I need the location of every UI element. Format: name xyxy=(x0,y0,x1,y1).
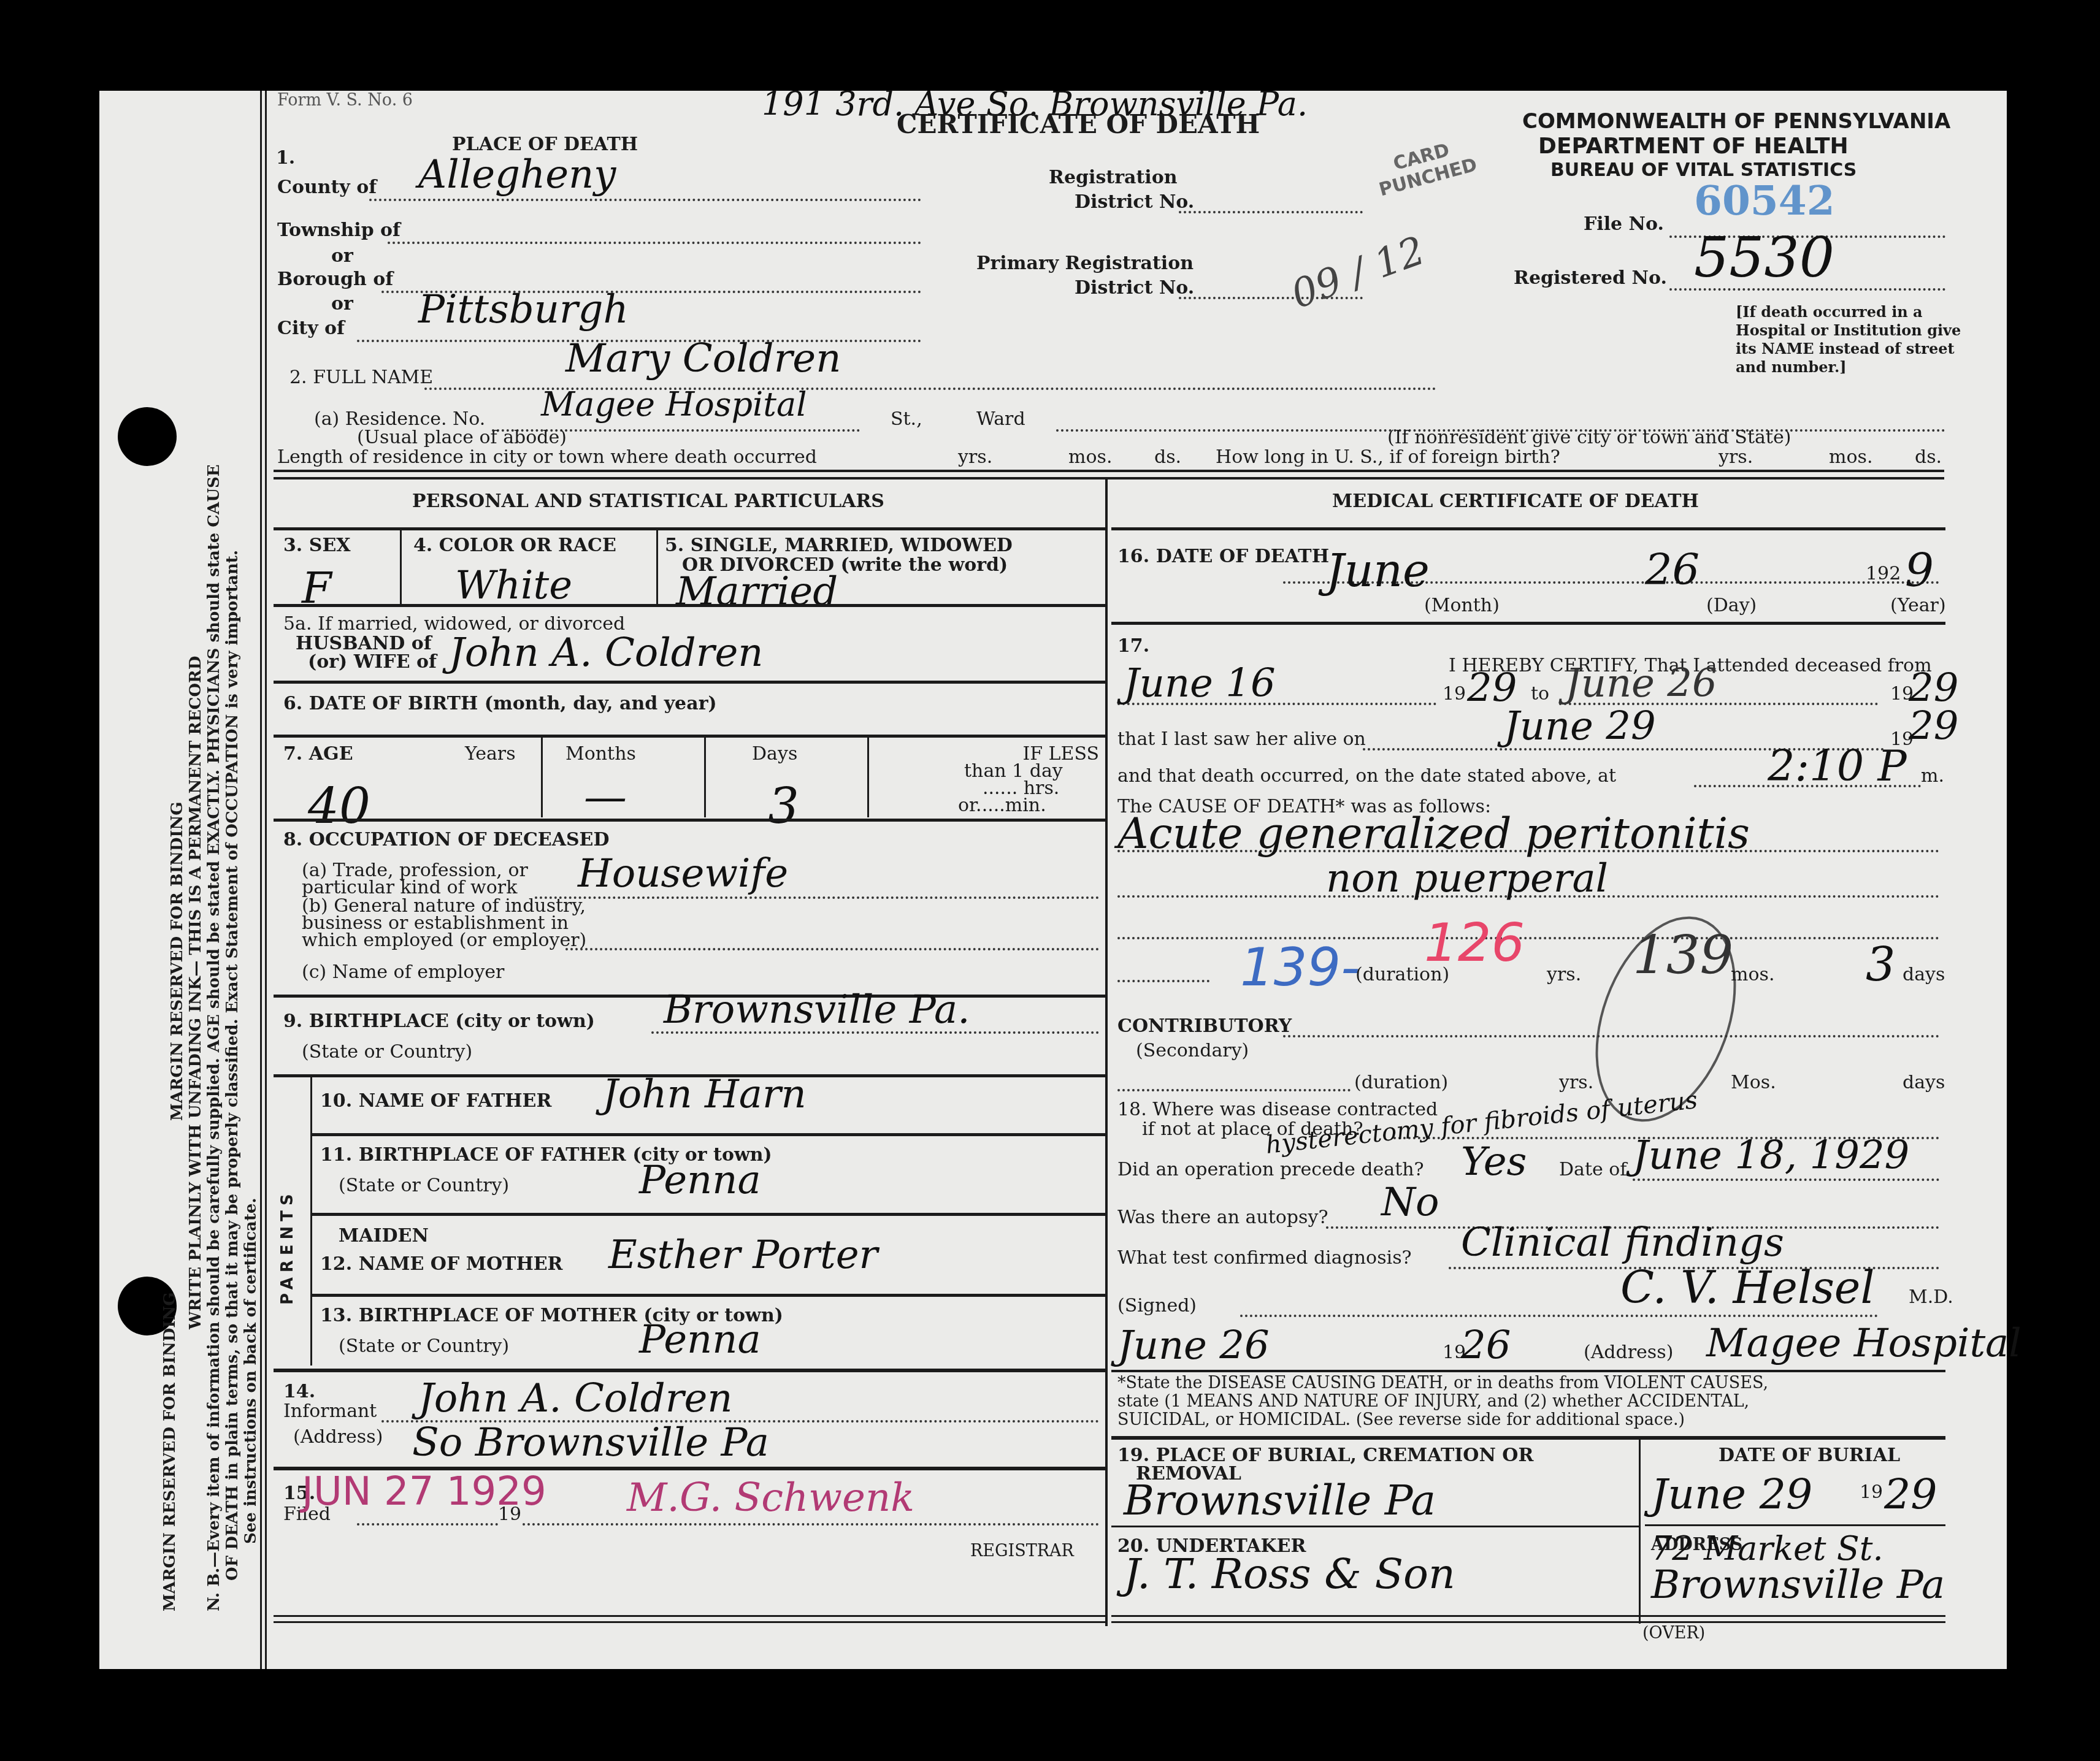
residence-mos-label: mos. xyxy=(1068,446,1112,468)
contributory-duration-field xyxy=(1117,1089,1351,1091)
rule-after-mother xyxy=(310,1294,1105,1297)
footnote-line-1: *State the DISEASE CAUSING DEATH, or in … xyxy=(1117,1373,1768,1392)
rule-bottom-right-2 xyxy=(1111,1621,1945,1623)
us-mos-label: mos. xyxy=(1829,446,1872,468)
burial-year-value: 29 xyxy=(1884,1470,1937,1519)
rule-bottom-right xyxy=(1111,1615,1945,1617)
section-divider-top xyxy=(274,470,1944,472)
age-years-label: Years xyxy=(465,743,516,765)
burial-year-prefix: 19 xyxy=(1860,1481,1883,1503)
rule-after-father xyxy=(310,1133,1105,1136)
duration-yrs-label: yrs. xyxy=(1547,964,1581,985)
duration-label: (duration) xyxy=(1355,964,1449,985)
mother-name-value: Esther Porter xyxy=(608,1232,878,1278)
rule-personal-top xyxy=(274,527,1105,530)
rule-medical-top xyxy=(1111,527,1945,530)
test-value: Clinical findings xyxy=(1461,1220,1784,1266)
physician-signature: C. V. Helsel xyxy=(1620,1262,1875,1313)
dob-label-text: 6. DATE OF BIRTH (month, day, and year) xyxy=(283,693,717,714)
rule-after-dod xyxy=(1111,622,1945,625)
rule-after-spouse xyxy=(274,681,1105,684)
operation-date-field xyxy=(1633,1178,1939,1181)
coding-circled-value: 139 xyxy=(1633,925,1733,986)
over-label: (OVER) xyxy=(1642,1624,1705,1643)
dod-year-prefix: 192 xyxy=(1866,563,1901,584)
sex-race-divider xyxy=(400,530,402,604)
race-marital-divider xyxy=(656,530,658,604)
to-label: to xyxy=(1531,683,1549,705)
certification-number: 17. xyxy=(1117,635,1149,657)
registered-number-value: 5530 xyxy=(1694,226,1834,290)
father-state-label: (State or Country) xyxy=(339,1175,509,1196)
dod-year-caption: (Year) xyxy=(1890,595,1946,616)
margin-line-4: OF DEATH in plain terms, so that it may … xyxy=(223,550,242,1581)
if-less-4: or.....min. xyxy=(958,795,1046,816)
birthplace-state-label: (State or Country) xyxy=(302,1041,472,1063)
informant-label: Informant xyxy=(283,1400,377,1422)
header-commonwealth: COMMONWEALTH OF PENNSYLVANIA xyxy=(1522,109,1950,134)
physician-address-value: Magee Hospital xyxy=(1706,1321,2021,1366)
primary-district-value: 09 / 12 xyxy=(1286,228,1431,318)
maiden-label: MAIDEN xyxy=(339,1225,429,1247)
registration-district-label: District No. xyxy=(1075,191,1194,213)
filed-date-field xyxy=(357,1523,498,1526)
last-saw-label: that I last saw her alive on xyxy=(1117,728,1366,750)
age-months-label: Months xyxy=(565,743,636,765)
burial-column-divider xyxy=(1639,1440,1641,1624)
rule-after-dob xyxy=(274,735,1105,738)
cause-secondary-value: non puerperal xyxy=(1326,856,1608,901)
rule-after-signature xyxy=(1111,1370,1945,1372)
filed-date-stamp: JUN 27 1929 xyxy=(302,1469,546,1515)
signed-field xyxy=(1240,1315,1878,1317)
primary-registration-label: Primary Registration xyxy=(976,253,1194,274)
duration-days-label: days xyxy=(1903,964,1945,985)
death-time-value: 2:10 P xyxy=(1768,741,1907,791)
registrar-signature: M.G. Schwenk xyxy=(627,1475,914,1521)
form-number: Form V. S. No. 6 xyxy=(277,91,413,110)
full-name-label: 2. FULL NAME xyxy=(289,367,433,388)
dod-month-caption: (Month) xyxy=(1424,595,1500,616)
medical-certificate-heading: MEDICAL CERTIFICATE OF DEATH xyxy=(1332,491,1699,512)
section-divider-top-2 xyxy=(274,477,1944,479)
informant-address-value: So Brownsville Pa xyxy=(412,1420,769,1465)
binding-hole-top xyxy=(118,407,177,466)
occupation-value: Housewife xyxy=(578,851,788,896)
autopsy-label: Was there an autopsy? xyxy=(1117,1207,1328,1228)
attended-from-year-prefix: 19 xyxy=(1443,683,1466,705)
informant-value: John A. Coldren xyxy=(418,1376,733,1421)
contributory-field xyxy=(1283,1035,1939,1037)
age-months-value: — xyxy=(584,771,627,822)
us-ds-label: ds. xyxy=(1915,446,1942,468)
hospital-instruction-note: [If death occurred in a Hospital or Inst… xyxy=(1736,303,1969,376)
age-days-label: Days xyxy=(752,743,797,765)
occ-a-field xyxy=(535,896,1099,899)
operation-value: Yes xyxy=(1461,1139,1527,1185)
residence-value: Magee Hospital xyxy=(541,385,807,424)
registered-number-label: Registered No. xyxy=(1514,267,1667,289)
rule-bottom-left xyxy=(274,1615,1105,1617)
file-number-stamp: 60542 xyxy=(1694,177,1835,224)
race-label: 4. COLOR OR RACE xyxy=(413,535,616,556)
contributory-label: CONTRIBUTORY xyxy=(1117,1015,1292,1037)
dod-year-suffix: 9 xyxy=(1905,544,1934,597)
birthplace-label: 9. BIRTHPLACE (city or town) xyxy=(283,1010,595,1032)
age-years-value: 40 xyxy=(308,777,370,835)
county-field-line xyxy=(369,199,921,201)
spouse-label-3: (or) WIFE of xyxy=(308,651,437,673)
last-saw-value: June 29 xyxy=(1504,704,1656,749)
rule-after-father-birthplace xyxy=(310,1213,1105,1216)
father-name-value: John Harn xyxy=(602,1072,807,1117)
occ-b-line-3: which employed (or employer) xyxy=(302,930,586,951)
spouse-value: John A. Coldren xyxy=(449,630,764,676)
full-name-value: Mary Coldren xyxy=(565,336,841,381)
margin-line-1: MARGIN RESERVED FOR BINDING xyxy=(161,1293,180,1611)
margin-line-1-text: MARGIN RESERVED FOR BINDING xyxy=(168,802,187,1121)
undertaker-value: J. T. Ross & Son xyxy=(1124,1550,1455,1599)
item-1-number: 1. xyxy=(276,147,295,169)
certificate-title: CERTIFICATE OF DEATH xyxy=(897,109,1260,139)
or-label-1: or xyxy=(331,245,353,267)
parents-divider xyxy=(310,1077,312,1366)
parents-side-label: PARENTS xyxy=(278,1189,297,1305)
how-long-in-us-label: How long in U. S., if of foreign birth? xyxy=(1216,446,1560,468)
registrar-label: REGISTRAR xyxy=(970,1541,1074,1560)
secondary-label: (Secondary) xyxy=(1136,1040,1249,1061)
burial-place-value: Brownsville Pa xyxy=(1124,1476,1436,1525)
age-days-value: 3 xyxy=(768,777,799,835)
father-name-label: 10. NAME OF FATHER xyxy=(320,1090,551,1112)
coding-blue-pencil: 139- xyxy=(1240,937,1360,998)
contributory-duration-label: (duration) xyxy=(1354,1072,1448,1093)
race-value: White xyxy=(455,563,572,608)
birthplace-label-text: 9. BIRTHPLACE (city or town) xyxy=(283,1010,595,1032)
margin-divider xyxy=(260,91,262,1669)
attended-from-value: June 16 xyxy=(1124,661,1276,706)
signed-date-value: June 26 xyxy=(1117,1323,1270,1369)
street-label: St., xyxy=(891,408,922,430)
signed-year-value: 26 xyxy=(1461,1323,1511,1369)
city-label: City of xyxy=(277,318,345,339)
marital-value: Married xyxy=(676,569,838,614)
age-months-divider xyxy=(704,738,706,817)
registration-district-field xyxy=(1179,211,1363,213)
occupation-label: 8. OCCUPATION OF DECEASED xyxy=(283,829,610,850)
rule-bottom-left-2 xyxy=(274,1621,1105,1623)
sex-label: 3. SEX xyxy=(283,535,351,556)
personal-particulars-heading: PERSONAL AND STATISTICAL PARTICULARS xyxy=(412,491,884,512)
city-value: Pittsburgh xyxy=(418,287,629,332)
length-of-residence-label: Length of residence in city or town wher… xyxy=(277,446,817,468)
contributory-days-label: days xyxy=(1903,1072,1945,1093)
age-years-divider xyxy=(541,738,543,817)
operation-label: Did an operation precede death? xyxy=(1117,1159,1424,1180)
contributory-mos-label: Mos. xyxy=(1731,1072,1776,1093)
death-certificate-page: MARGIN RESERVED FOR BINDING MARGIN RESER… xyxy=(99,91,2007,1669)
marital-label-1: 5. SINGLE, MARRIED, WIDOWED xyxy=(665,535,1013,556)
rule-after-burial-date xyxy=(1645,1524,1945,1526)
footnote-line-3: SUICIDAL, or HOMICIDAL. (See reverse sid… xyxy=(1117,1410,1685,1429)
margin-line-5: See instructions on back of certificate. xyxy=(242,1198,261,1544)
borough-label: Borough of xyxy=(277,269,393,290)
operation-date-label: Date of xyxy=(1559,1159,1627,1180)
burial-date-label: DATE OF BURIAL xyxy=(1719,1445,1900,1466)
us-yrs-label: yrs. xyxy=(1719,446,1753,468)
usual-place-caption: (Usual place of abode) xyxy=(357,427,567,448)
informant-address-label: (Address) xyxy=(293,1426,383,1448)
dod-label: 16. DATE OF DEATH xyxy=(1117,546,1329,567)
mother-name-label: 12. NAME OF MOTHER xyxy=(320,1253,563,1275)
file-number-label: File No. xyxy=(1584,213,1664,235)
death-time-m-suffix: m. xyxy=(1921,765,1944,787)
q18-label-1: 18. Where was disease contracted xyxy=(1117,1099,1438,1120)
registration-label: Registration xyxy=(1049,167,1177,188)
residence-ds-label: ds. xyxy=(1154,446,1181,468)
signed-label: (Signed) xyxy=(1117,1295,1197,1316)
test-label: What test confirmed diagnosis? xyxy=(1117,1247,1412,1269)
column-divider xyxy=(1105,479,1108,1626)
township-label: Township of xyxy=(277,220,400,241)
md-label: M.D. xyxy=(1909,1286,1953,1308)
rule-after-sex xyxy=(274,604,1105,607)
father-birthplace-value: Penna xyxy=(639,1158,761,1203)
county-label: County of xyxy=(277,177,377,198)
age-label: 7. AGE xyxy=(283,743,353,765)
residence-yrs-label: yrs. xyxy=(958,446,992,468)
informant-number: 14. xyxy=(283,1381,315,1402)
occ-b-field xyxy=(565,948,1099,950)
or-label-2: or xyxy=(331,293,353,315)
cause-primary-value: Acute generalized peritonitis xyxy=(1117,808,1750,858)
duration-days-value: 3 xyxy=(1866,937,1895,991)
autopsy-value: No xyxy=(1381,1180,1439,1225)
contributory-yrs-label: yrs. xyxy=(1559,1072,1593,1093)
mother-birthplace-value: Penna xyxy=(639,1317,761,1362)
operation-date-value: June 18, 1929 xyxy=(1633,1133,1909,1178)
dob-label: 6. DATE OF BIRTH (month, day, and year) xyxy=(283,693,717,714)
duration-field xyxy=(1117,980,1209,982)
last-saw-year: 29 xyxy=(1909,704,1958,749)
township-field-line xyxy=(388,242,921,244)
dod-month: June xyxy=(1326,544,1430,597)
rule-before-burial xyxy=(1111,1436,1945,1440)
death-time-label: and that death occurred, on the date sta… xyxy=(1117,765,1616,787)
header-department: DEPARTMENT OF HEALTH xyxy=(1538,134,1849,159)
primary-district-label: District No. xyxy=(1075,277,1194,299)
mother-state-label: (State or Country) xyxy=(339,1335,509,1357)
dod-day: 26 xyxy=(1645,544,1700,595)
dod-day-caption: (Day) xyxy=(1706,595,1757,616)
registrar-field xyxy=(523,1523,1099,1526)
footnote-line-2: state (1 MEANS AND NATURE OF INJURY, and… xyxy=(1117,1392,1749,1411)
nonresident-caption: (If nonresident give city or town and St… xyxy=(1387,427,1791,448)
margin-divider-inner xyxy=(265,91,267,1669)
birthplace-value: Brownsville Pa. xyxy=(664,987,970,1033)
duration-mos-label: mos. xyxy=(1731,964,1774,985)
occ-c-label: (c) Name of employer xyxy=(302,961,504,983)
burial-date-value: June 29 xyxy=(1651,1470,1812,1519)
rule-after-burial-place xyxy=(1111,1526,1639,1527)
age-days-divider xyxy=(867,738,869,817)
physician-address-label: (Address) xyxy=(1584,1342,1673,1363)
undertaker-address-line-2: Brownsville Pa xyxy=(1651,1562,1945,1608)
attended-to-value: June 26 xyxy=(1565,661,1717,706)
margin-line-2: WRITE PLAINLY WITH UNFADING INK— THIS IS… xyxy=(186,656,205,1329)
card-punched-stamp: CARD PUNCHED xyxy=(1371,134,1477,201)
ward-label: Ward xyxy=(976,408,1025,430)
margin-line-3: N. B.—Every item of information should b… xyxy=(205,464,224,1611)
county-value: Allegheny xyxy=(418,152,616,197)
rule-after-age xyxy=(274,819,1105,822)
rule-before-informant xyxy=(274,1369,1105,1372)
